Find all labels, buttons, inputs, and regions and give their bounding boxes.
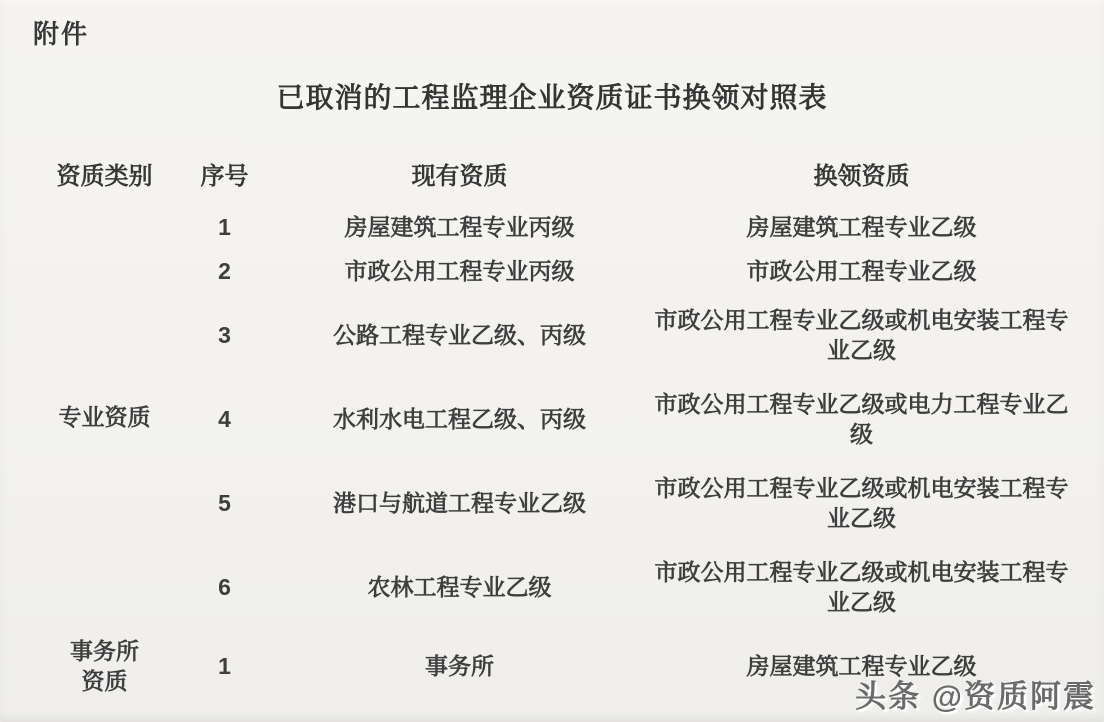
replacement-text: 房屋建筑工程专业乙级 [747, 213, 977, 243]
serial-cell: 5 [177, 462, 272, 546]
qualification-comparison-table: 资质类别 序号 现有资质 换领资质 专业资质 事务所 资质 1 房屋建筑工程专业… [32, 148, 1076, 704]
category-group-label: 资质 [82, 667, 128, 697]
replacement-qualification-cell: 市政公用工程专业乙级 [647, 250, 1076, 294]
current-qualification-cell: 港口与航道工程专业乙级 [272, 462, 647, 546]
serial-cell: 1 [177, 630, 272, 704]
column-header-replacement: 换领资质 [647, 148, 1076, 206]
current-qualification-cell: 公路工程专业乙级、丙级 [272, 294, 647, 378]
serial-cell: 4 [177, 378, 272, 462]
serial-cell: 1 [177, 206, 272, 250]
category-group-firm: 事务所 资质 [32, 630, 177, 704]
replacement-text: 市政公用工程专业乙级或机电安装工程专业乙级 [647, 474, 1076, 534]
category-group-label: 事务所 [70, 637, 139, 667]
document-page: 附件 已取消的工程监理企业资质证书换领对照表 资质类别 序号 现有资质 换领资质… [0, 0, 1104, 722]
current-qualification-cell: 水利水电工程乙级、丙级 [272, 378, 647, 462]
category-group-professional: 专业资质 [32, 206, 177, 630]
column-header-current: 现有资质 [272, 148, 647, 206]
current-qualification-cell: 事务所 [272, 630, 647, 704]
column-header-serial: 序号 [177, 148, 272, 206]
column-header-category: 资质类别 [32, 148, 177, 206]
toutiao-watermark: 头条 @资质阿震 [855, 671, 1096, 716]
replacement-text: 市政公用工程专业乙级或机电安装工程专业乙级 [647, 306, 1076, 366]
replacement-text: 市政公用工程专业乙级 [747, 257, 977, 287]
replacement-text: 市政公用工程专业乙级或机电安装工程专业乙级 [647, 558, 1076, 618]
current-qualification-cell: 房屋建筑工程专业丙级 [272, 206, 647, 250]
serial-cell: 2 [177, 250, 272, 294]
current-qualification-cell: 农林工程专业乙级 [272, 546, 647, 630]
current-qualification-cell: 市政公用工程专业丙级 [272, 250, 647, 294]
replacement-qualification-cell: 房屋建筑工程专业乙级 [647, 206, 1076, 250]
replacement-qualification-cell: 市政公用工程专业乙级或电力工程专业乙级 [647, 378, 1076, 462]
replacement-qualification-cell: 市政公用工程专业乙级或机电安装工程专业乙级 [647, 546, 1076, 630]
serial-cell: 6 [177, 546, 272, 630]
replacement-qualification-cell: 市政公用工程专业乙级或机电安装工程专业乙级 [647, 462, 1076, 546]
category-group-label: 专业资质 [59, 403, 151, 433]
replacement-qualification-cell: 市政公用工程专业乙级或机电安装工程专业乙级 [647, 294, 1076, 378]
serial-cell: 3 [177, 294, 272, 378]
page-title: 已取消的工程监理企业资质证书换领对照表 [0, 76, 1104, 116]
attachment-label: 附件 [33, 14, 89, 51]
replacement-text: 市政公用工程专业乙级或电力工程专业乙级 [647, 390, 1076, 450]
